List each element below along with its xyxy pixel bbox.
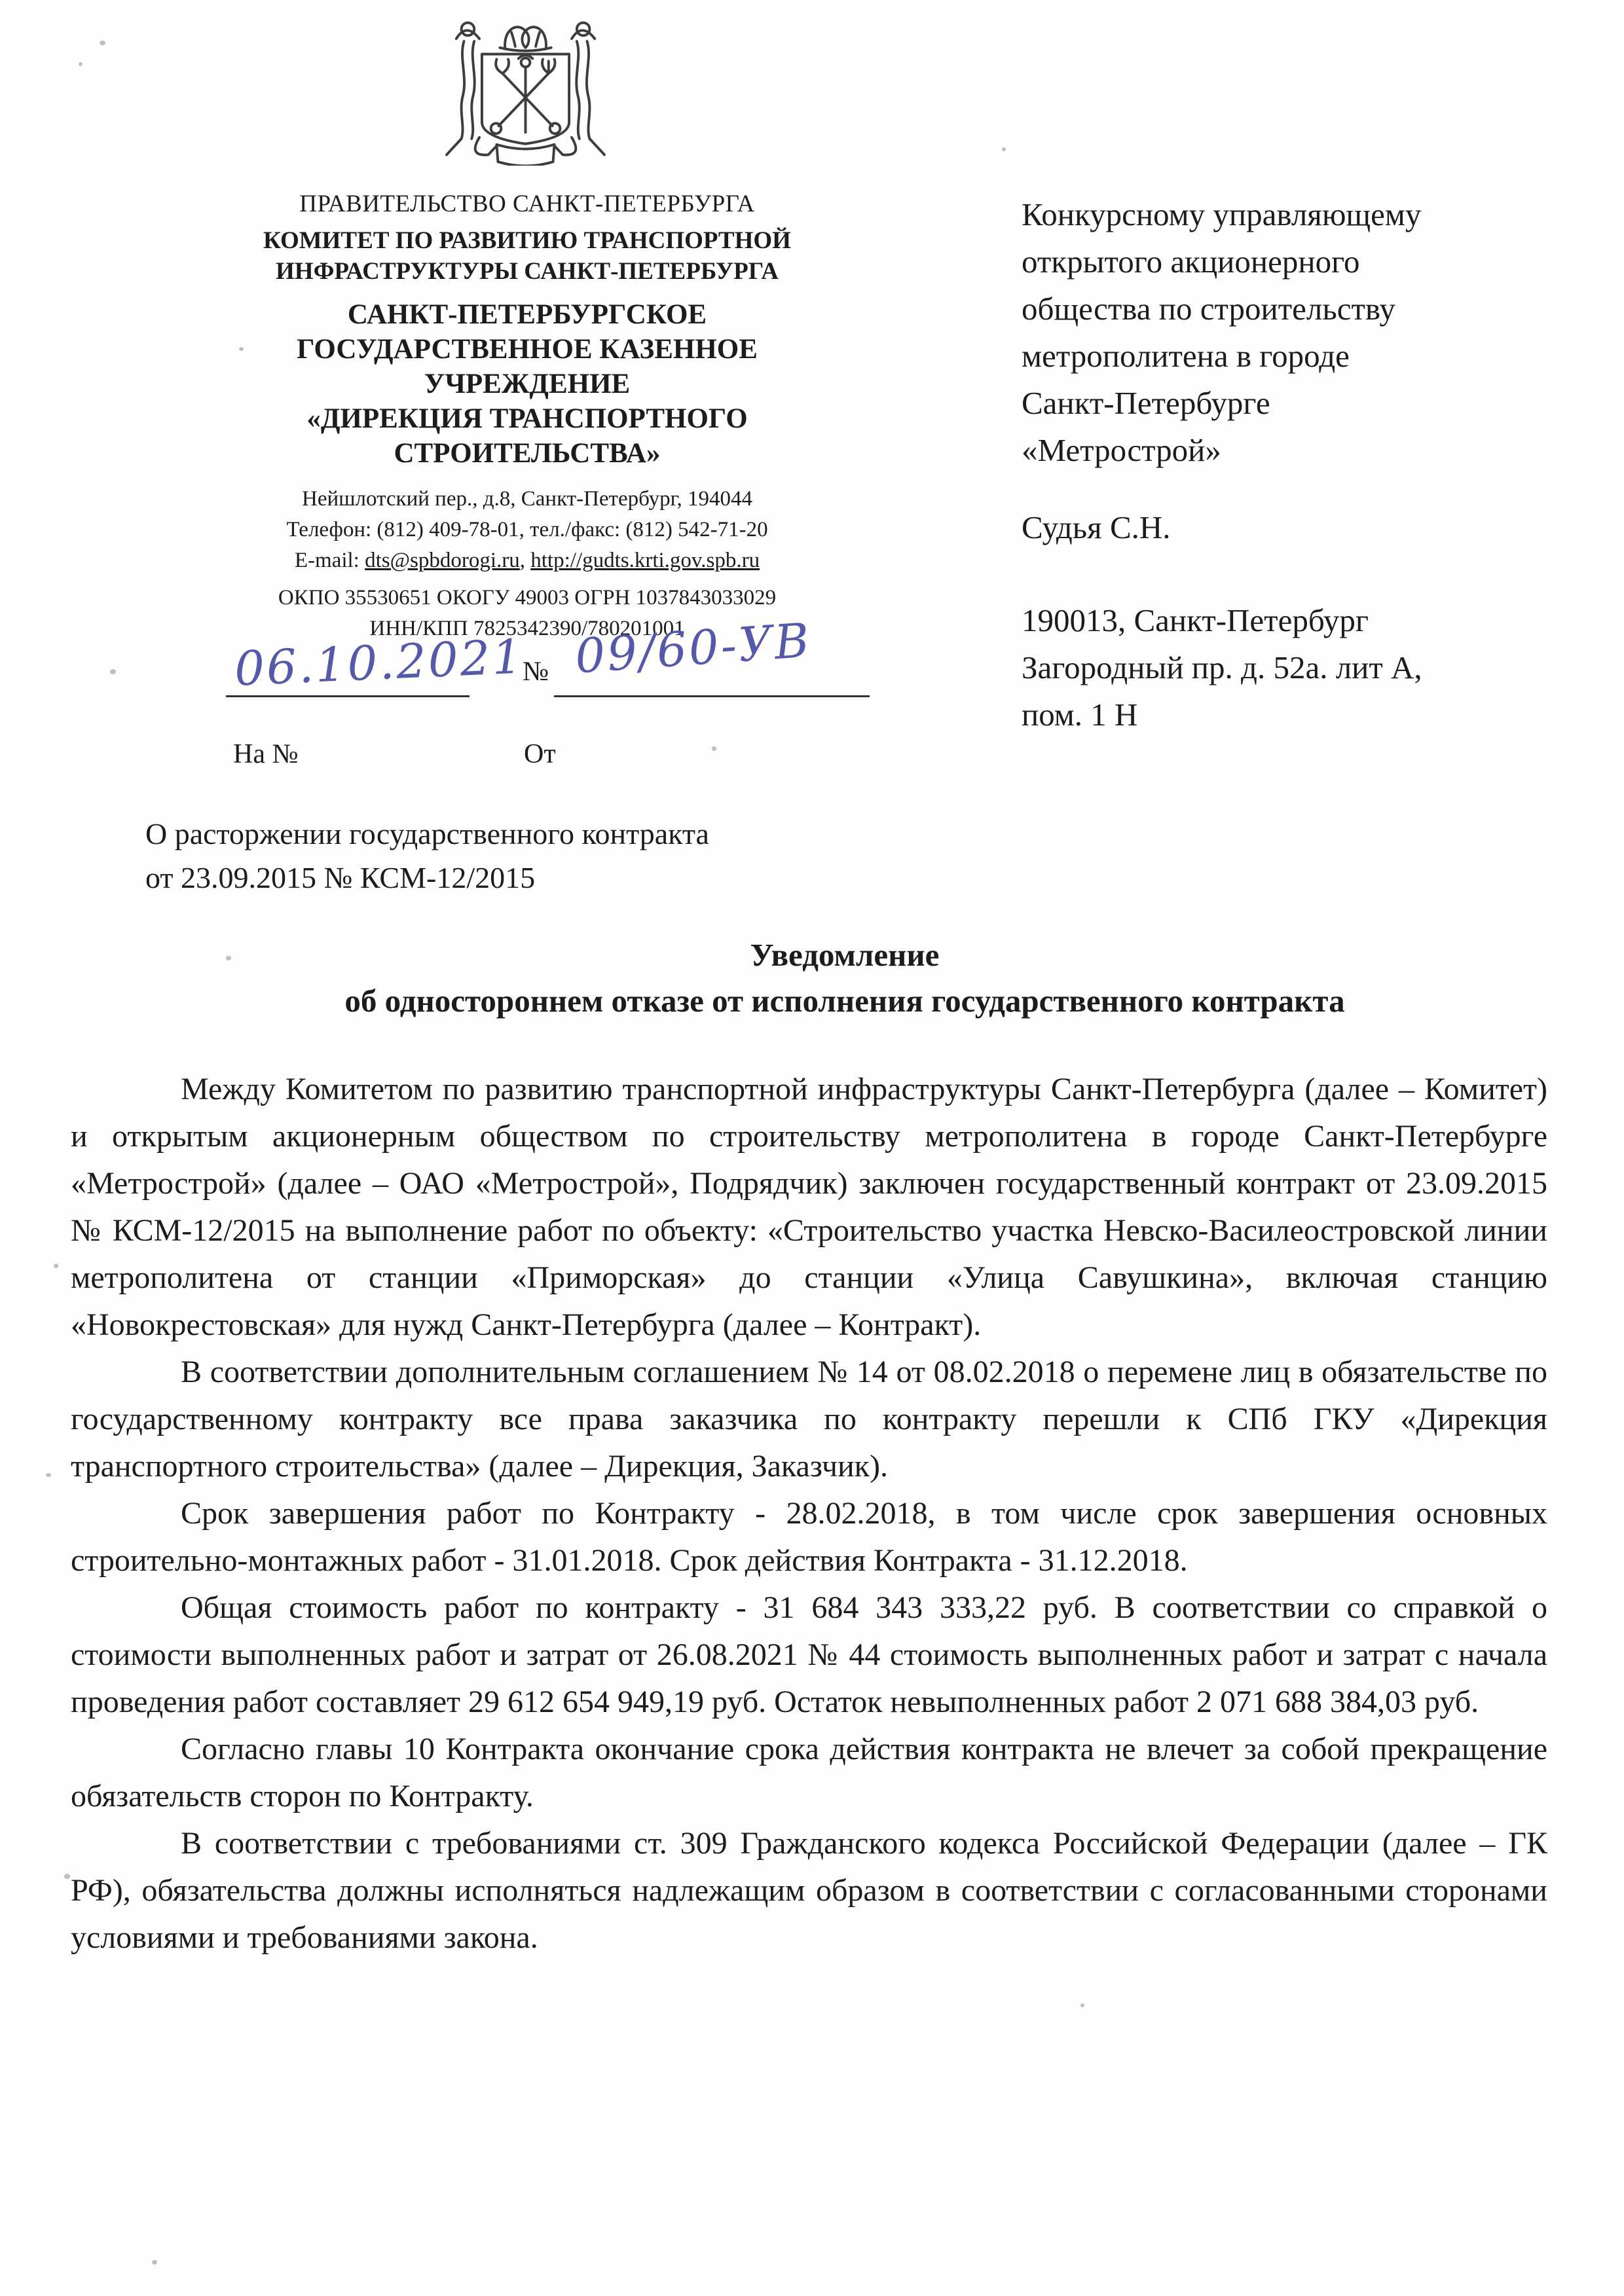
recipient-line-2: открытого акционерного — [1022, 238, 1539, 285]
org-name-line-4: «ДИРЕКЦИЯ ТРАНСПОРТНОГО — [118, 401, 936, 436]
spb-coat-of-arms-emblem — [413, 12, 638, 166]
body-paragraph: Между Комитетом по развитию транспортной… — [71, 1066, 1547, 1349]
committee-name-line-1: КОМИТЕТ ПО РАЗВИТИЮ ТРАНСПОРТНОЙ — [118, 225, 936, 256]
letter-body: Между Комитетом по развитию транспортной… — [71, 1066, 1547, 1961]
org-address: Нейшлотский пер., д.8, Санкт-Петербург, … — [118, 484, 936, 515]
recipient-line-5: Санкт-Петербурге — [1022, 380, 1539, 427]
scan-speckle — [1002, 147, 1006, 151]
contact-block: Нейшлотский пер., д.8, Санкт-Петербург, … — [118, 484, 936, 576]
title-line-2: об одностороннем отказе от исполнения го… — [105, 978, 1585, 1024]
body-paragraph: В соответствии с требованиями ст. 309 Гр… — [71, 1820, 1547, 1961]
recipient-address-line-1: 190013, Санкт-Петербург — [1022, 597, 1539, 644]
coat-of-arms-graphic — [413, 12, 638, 166]
org-name-line-5: СТРОИТЕЛЬСТВА» — [118, 436, 936, 471]
recipient-address-line-2: Загородный пр. д. 52а. лит А, — [1022, 644, 1539, 691]
title-line-1: Уведомление — [105, 932, 1585, 978]
recipient-line-3: общества по строительству — [1022, 285, 1539, 333]
org-name-line-3: УЧРЕЖДЕНИЕ — [118, 367, 936, 401]
org-website: http://gudts.krti.gov.spb.ru — [530, 549, 760, 572]
scan-speckle — [239, 347, 244, 351]
org-email-line: E-mail: dts@spbdorogi.ru, http://gudts.k… — [118, 545, 936, 576]
date-underline — [226, 695, 470, 697]
org-codes-1: ОКПО 35530651 ОКОГУ 49003 ОГРН 103784303… — [118, 583, 936, 613]
body-paragraph: Согласно главы 10 Контракта окончание ср… — [71, 1726, 1547, 1820]
codes-block: ОКПО 35530651 ОКОГУ 49003 ОГРН 103784303… — [118, 583, 936, 644]
outgoing-date-handwritten: 06.10.2021 — [233, 629, 525, 696]
org-codes-2: ИНН/КПП 7825342390/780201001 — [118, 613, 936, 644]
body-paragraph: Общая стоимость работ по контракту - 31 … — [71, 1584, 1547, 1726]
subject-block: О расторжении государственного контракта… — [145, 812, 1062, 900]
recipient-line-6: «Метрострой» — [1022, 427, 1539, 474]
org-email: dts@spbdorogi.ru — [365, 549, 520, 572]
email-separator: , — [520, 549, 531, 572]
scan-speckle — [79, 62, 83, 66]
scanned-letter-page: ПРАВИТЕЛЬСТВО САНКТ-ПЕТЕРБУРГА КОМИТЕТ П… — [0, 0, 1624, 2296]
scan-speckle — [46, 1473, 51, 1477]
recipient-attention: Судья С.Н. — [1022, 504, 1539, 551]
scan-speckle — [226, 956, 231, 960]
email-label: E-mail: — [295, 549, 365, 572]
reply-date-label: От — [524, 738, 556, 770]
letterhead-block: ПРАВИТЕЛЬСТВО САНКТ-ПЕТЕРБУРГА КОМИТЕТ П… — [118, 189, 936, 644]
org-name-line-1: САНКТ-ПЕТЕРБУРГСКОЕ — [118, 297, 936, 332]
number-sign-label: № — [523, 656, 549, 687]
recipient-address: 190013, Санкт-Петербург Загородный пр. д… — [1022, 597, 1539, 738]
recipient-line-1: Конкурсному управляющему — [1022, 191, 1539, 238]
body-paragraph: В соответствии дополнительным соглашение… — [71, 1349, 1547, 1490]
scan-speckle — [64, 1874, 70, 1879]
recipient-block: Конкурсному управляющему открытого акцио… — [1022, 191, 1539, 738]
organization-name: САНКТ-ПЕТЕРБУРГСКОЕ ГОСУДАРСТВЕННОЕ КАЗЕ… — [118, 297, 936, 471]
government-line: ПРАВИТЕЛЬСТВО САНКТ-ПЕТЕРБУРГА — [118, 189, 936, 220]
body-paragraph: Срок завершения работ по Контракту - 28.… — [71, 1490, 1547, 1584]
scan-speckle — [110, 669, 116, 674]
document-title: Уведомление об одностороннем отказе от и… — [105, 932, 1585, 1024]
subject-line-1: О расторжении государственного контракта — [145, 812, 1062, 856]
scan-speckle — [100, 41, 105, 45]
scan-speckle — [1080, 2003, 1084, 2007]
committee-name-line-2: ИНФРАСТРУКТУРЫ САНКТ-ПЕТЕРБУРГА — [118, 256, 936, 287]
number-underline — [554, 695, 870, 697]
recipient-address-line-3: пом. 1 Н — [1022, 691, 1539, 738]
scan-speckle — [54, 1264, 58, 1268]
org-phone: Телефон: (812) 409-78-01, тел./факс: (81… — [118, 515, 936, 545]
reply-number-label: На № — [233, 738, 299, 770]
subject-line-2: от 23.09.2015 № КСМ-12/2015 — [145, 856, 1062, 900]
recipient-line-4: метрополитена в городе — [1022, 333, 1539, 380]
scan-speckle — [712, 746, 716, 751]
scan-speckle — [152, 2260, 157, 2265]
